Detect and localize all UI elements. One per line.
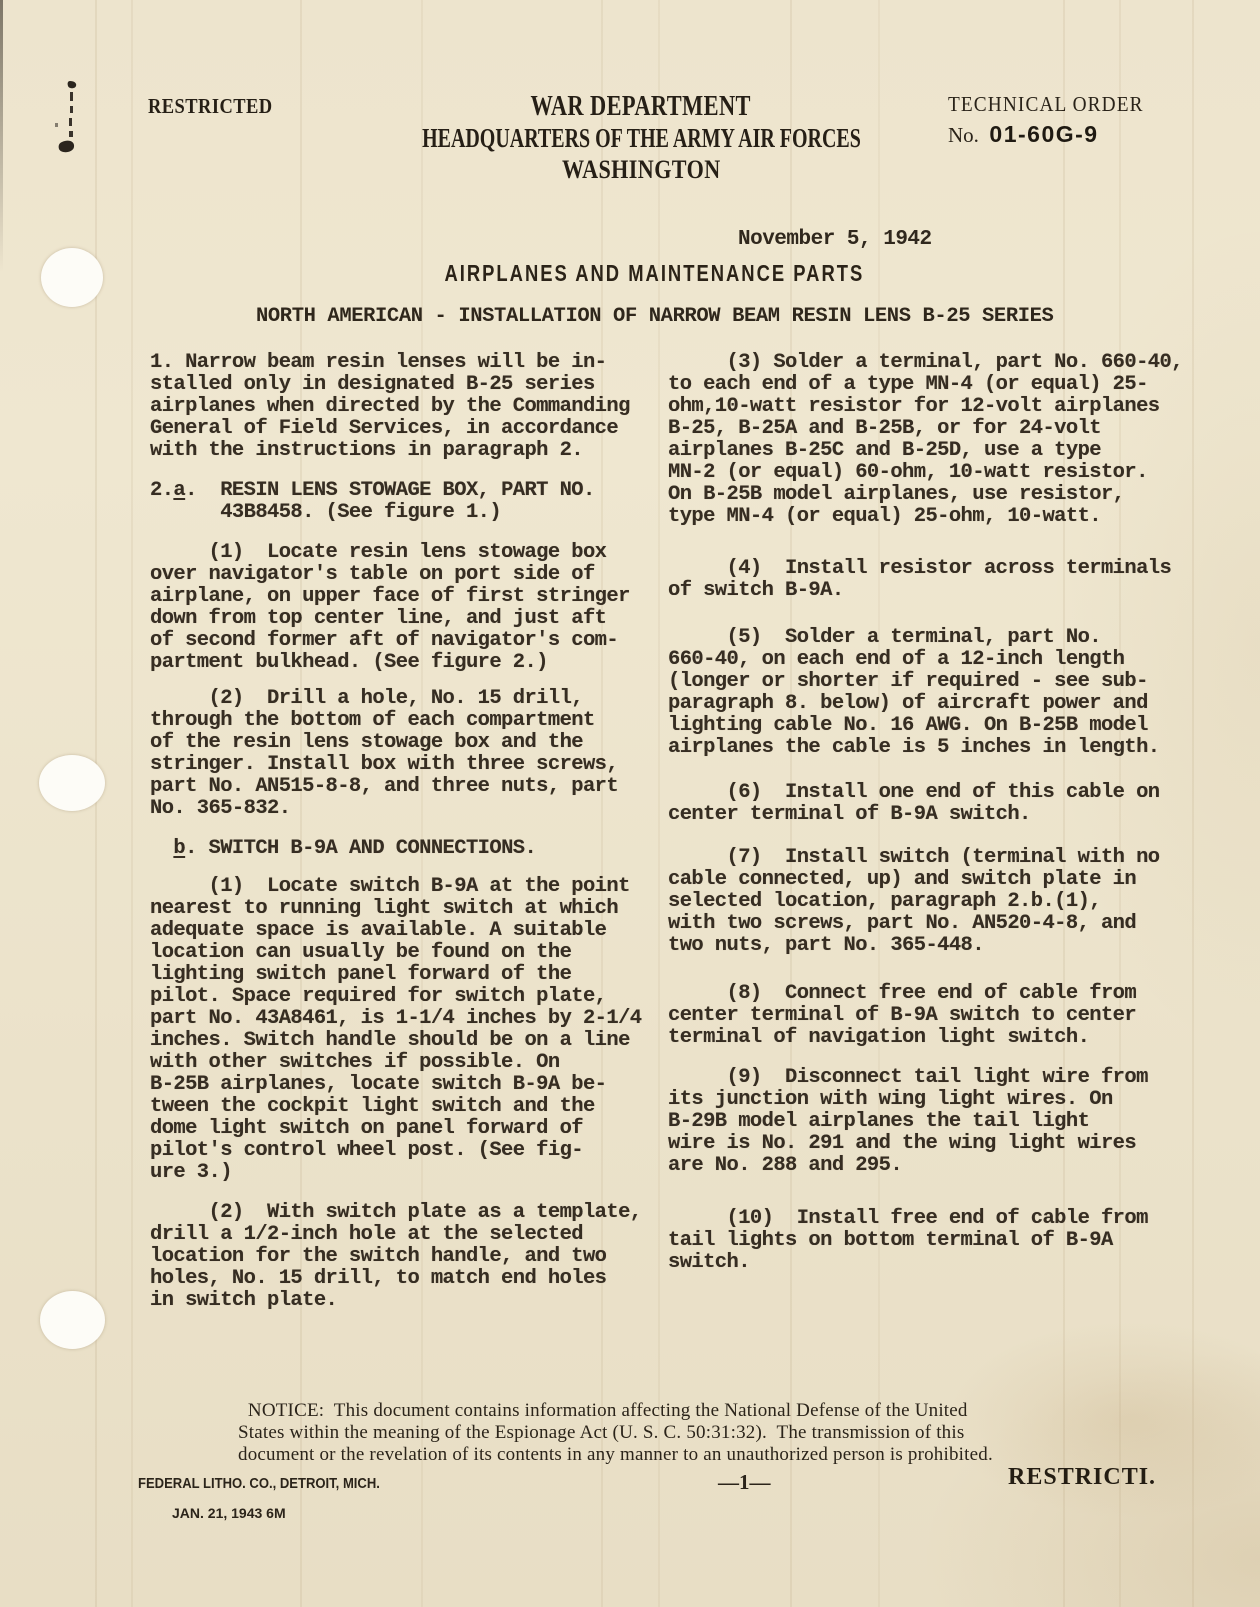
para-1: 1. Narrow beam resin lenses will be in- …	[150, 352, 656, 462]
right-column: (3) Solder a terminal, part No. 660-40, …	[668, 352, 1190, 1274]
security-notice: NOTICE: This document contains informati…	[238, 1400, 993, 1466]
doc-title-text: AIRPLANES AND MAINTENANCE PARTS	[444, 260, 864, 287]
para-5: (5) Solder a terminal, part No. 660-40, …	[668, 627, 1190, 759]
document-page: RESTRICTED WAR DEPARTMENT HEADQUARTERS O…	[0, 0, 1260, 1607]
print-date: JAN. 21, 1943 6M	[172, 1505, 286, 1521]
punch-hole	[39, 755, 105, 811]
para-10: (10) Install free end of cable from tail…	[668, 1208, 1190, 1274]
heading-2b: b. SWITCH B-9A AND CONNECTIONS.	[150, 838, 656, 860]
org-line-3-text: WASHINGTON	[562, 154, 721, 185]
para-9: (9) Disconnect tail light wire from its …	[668, 1067, 1190, 1177]
heading-2a-marker: a	[173, 479, 185, 502]
heading-2a-prefix: 2.	[150, 479, 173, 502]
classification-top-label: RESTRICTED	[148, 94, 273, 119]
para-2a-1: (1) Locate resin lens stowage box over n…	[150, 542, 656, 674]
masthead: RESTRICTED WAR DEPARTMENT HEADQUARTERS O…	[0, 90, 1260, 185]
para-2a-2: (2) Drill a hole, No. 15 drill, through …	[150, 688, 656, 820]
number-prefix: No.	[948, 123, 979, 147]
classification-top: RESTRICTED	[148, 94, 290, 119]
org-line-3: WASHINGTON	[22, 154, 1260, 185]
para-4: (4) Install resistor across terminals of…	[668, 558, 1190, 602]
number-value: 01-60G-9	[989, 121, 1098, 147]
technical-order-label-text: TECHNICAL ORDER	[948, 92, 1144, 117]
classification-bottom: RESTRICTI.	[1008, 1464, 1156, 1491]
printer-imprint-text: FEDERAL LITHO. CO., DETROIT, MICH.	[138, 1476, 380, 1492]
left-column: 1. Narrow beam resin lenses will be in- …	[150, 352, 656, 1312]
heading-2a: 2.a. RESIN LENS STOWAGE BOX, PART NO. 43…	[150, 480, 656, 524]
heading-2b-prefix	[150, 837, 173, 860]
punch-hole	[40, 1291, 105, 1349]
technical-order-label: TECHNICAL ORDER	[948, 92, 1161, 117]
date-line: November 5, 1942	[738, 228, 932, 251]
doc-title: AIRPLANES AND MAINTENANCE PARTS	[0, 260, 1260, 287]
para-3: (3) Solder a terminal, part No. 660-40, …	[668, 352, 1190, 528]
org-line-1-text: WAR DEPARTMENT	[531, 90, 751, 123]
para-2b-2: (2) With switch plate as a template, dri…	[150, 1202, 656, 1312]
doc-subtitle: NORTH AMERICAN - INSTALLATION OF NARROW …	[256, 305, 1053, 328]
para-2b-1: (1) Locate switch B-9A at the point near…	[150, 876, 656, 1184]
org-line-2-text: HEADQUARTERS OF THE ARMY AIR FORCES	[422, 123, 861, 154]
printer-imprint: FEDERAL LITHO. CO., DETROIT, MICH.	[138, 1476, 407, 1492]
heading-2b-marker: b	[173, 837, 185, 860]
technical-order-block: TECHNICAL ORDER No. 01-60G-9	[948, 92, 1161, 148]
technical-order-number: No. 01-60G-9	[948, 121, 1161, 148]
para-7: (7) Install switch (terminal with no cab…	[668, 847, 1190, 957]
heading-2a-text: . RESIN LENS STOWAGE BOX, PART NO. 43B84…	[150, 479, 595, 524]
para-8: (8) Connect free end of cable from cente…	[668, 983, 1190, 1049]
page-number: —1—	[718, 1470, 771, 1495]
heading-2b-text: . SWITCH B-9A AND CONNECTIONS.	[185, 837, 536, 860]
para-6: (6) Install one end of this cable on cen…	[668, 782, 1190, 826]
